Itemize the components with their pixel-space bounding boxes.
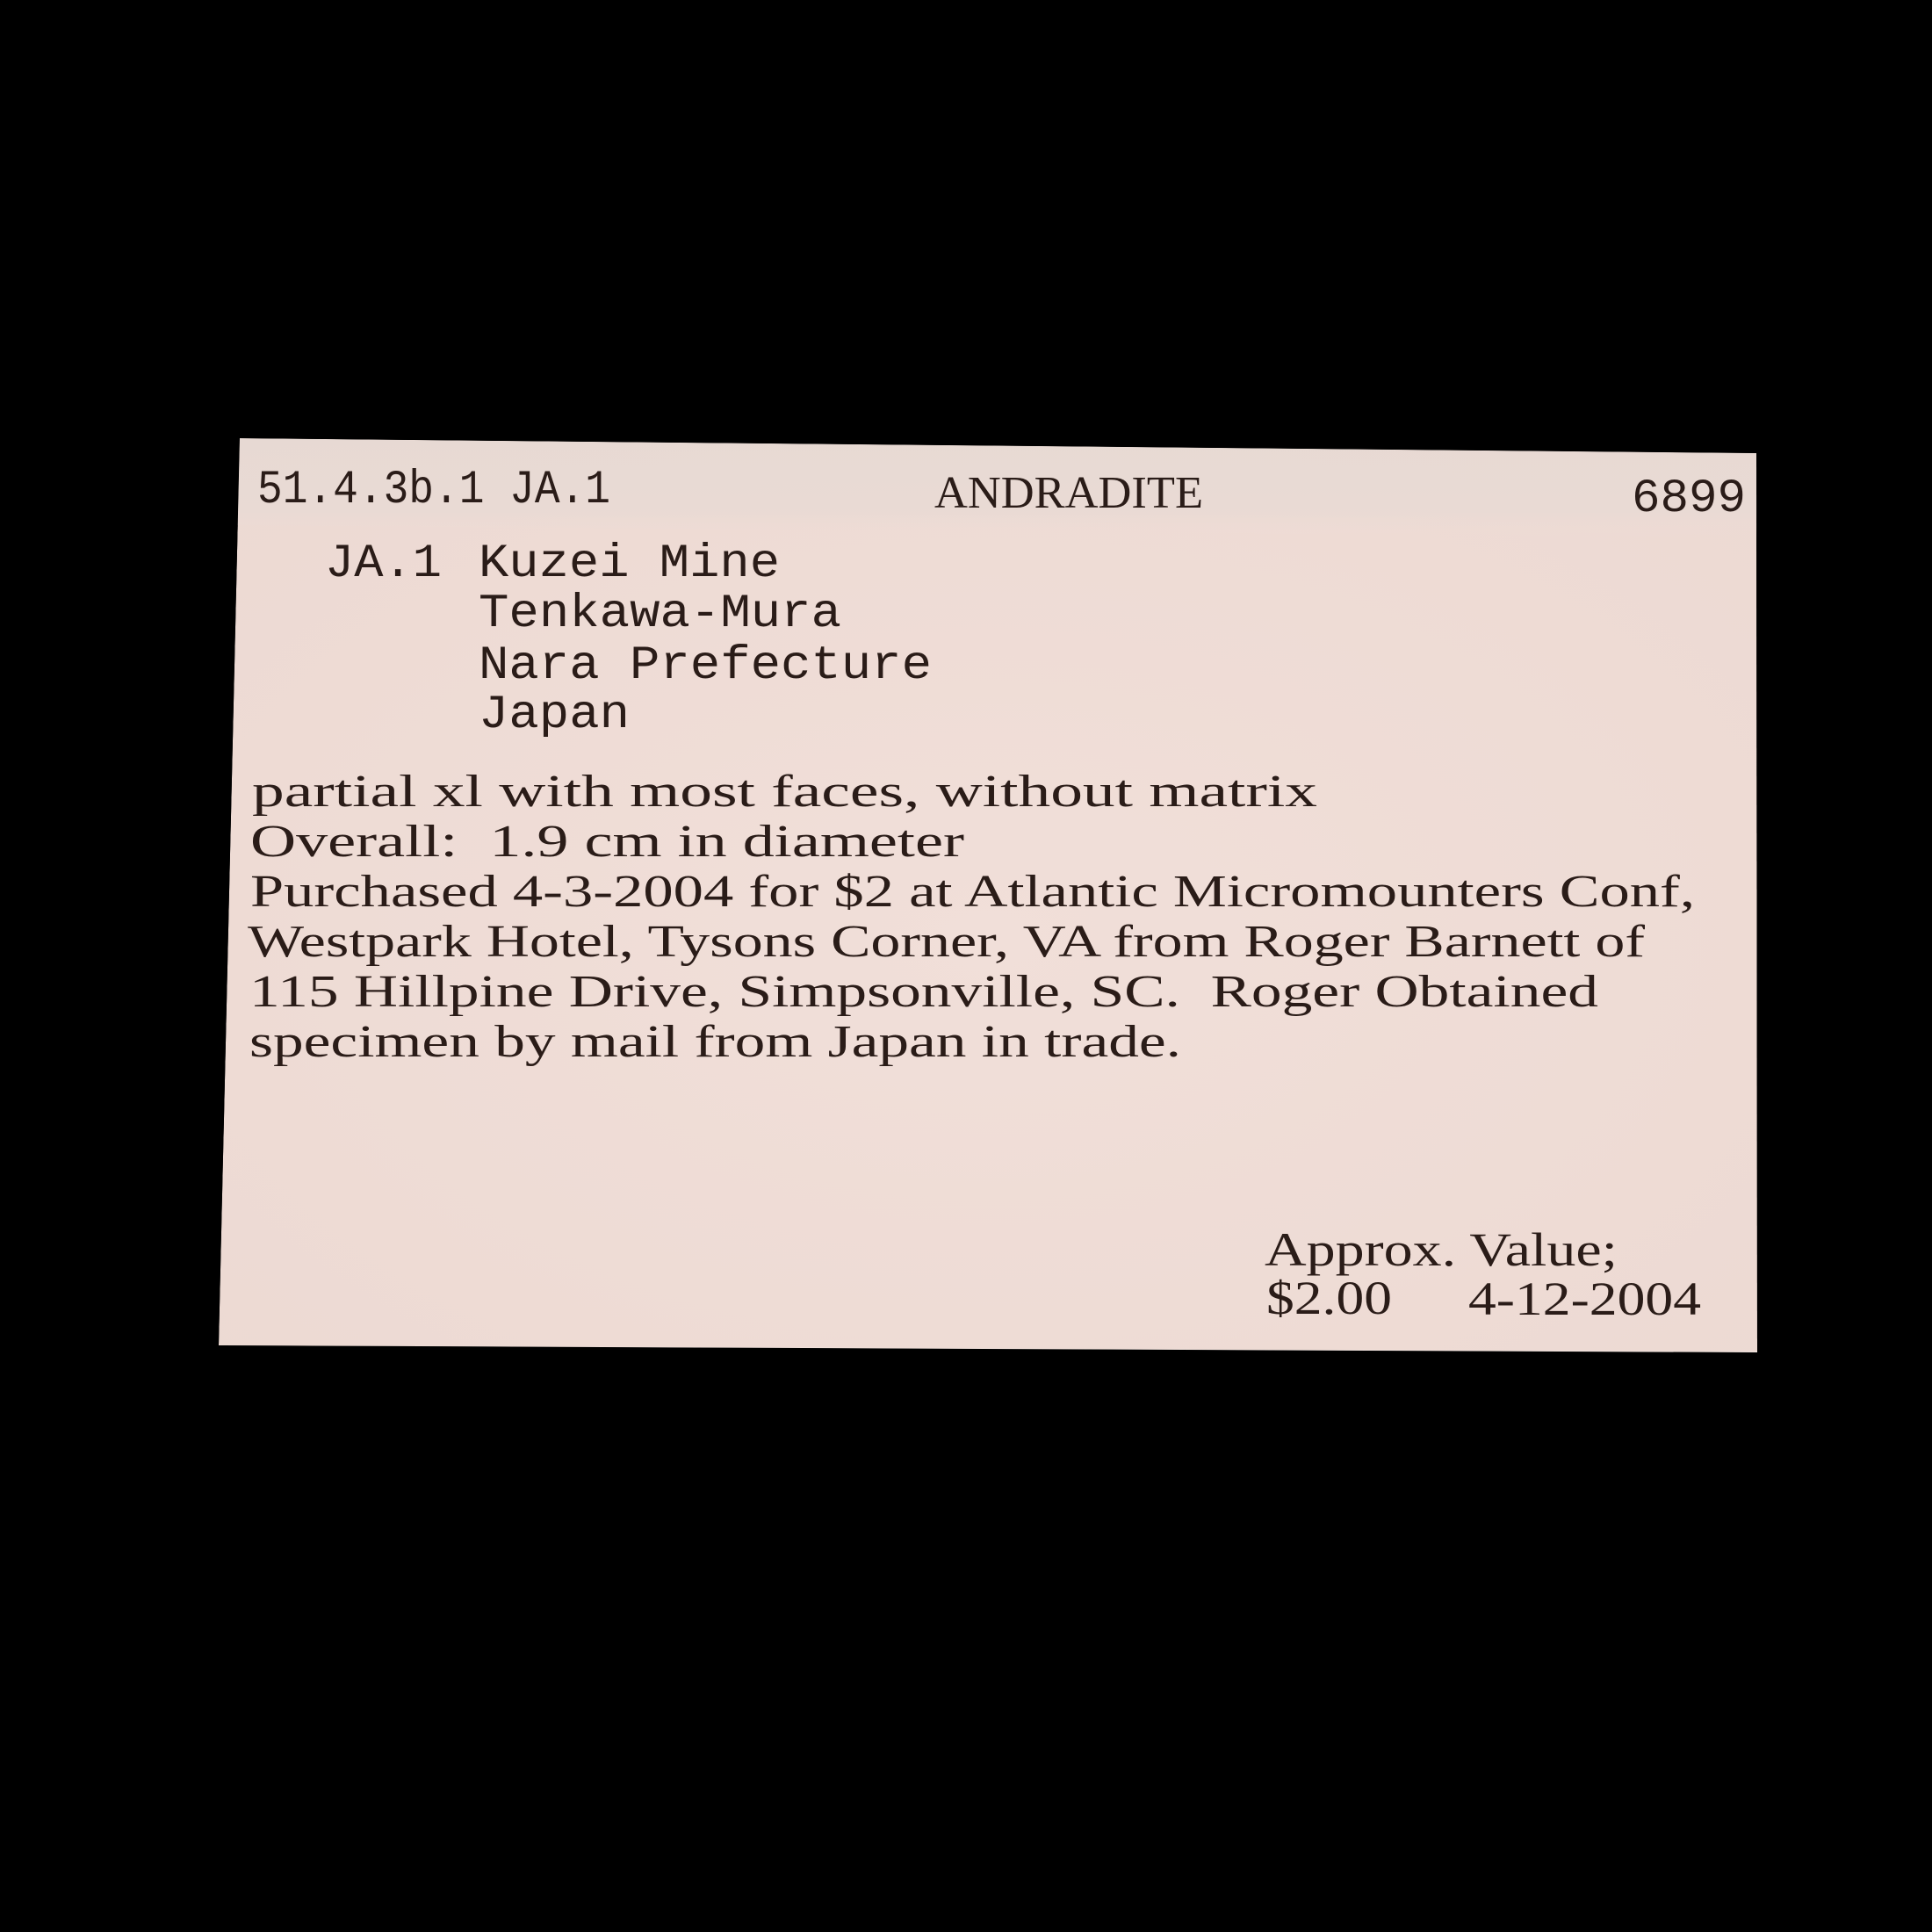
value-amount: $2.00 [1266, 1272, 1392, 1324]
locality-line: Nara Prefecture [479, 639, 932, 693]
locality-line: Japan [479, 688, 630, 742]
locality-line: Tenkawa-Mura [479, 588, 841, 641]
description-line: Purchased 4-3-2004 for $2 at Atlantic Mi… [250, 867, 1695, 917]
catalog-number: 6899 [1632, 472, 1746, 526]
locality-line: Kuzei Mine [479, 537, 780, 591]
locality-code: JA.1 [325, 537, 442, 591]
description-line: Overall: 1.9 cm in diameter [250, 817, 964, 867]
catalog-card-photo: 51.4.3b.1 JA.1 ANDRADITE 6899 JA.1 Kuzei… [0, 0, 1932, 1932]
value-label: Approx. Value; [1265, 1223, 1618, 1276]
mineral-name: ANDRADITE [934, 468, 1203, 518]
description-line: Westpark Hotel, Tysons Corner, VA from R… [248, 917, 1646, 967]
description-line: specimen by mail from Japan in trade. [249, 1017, 1181, 1067]
description-line: partial xl with most faces, without matr… [252, 767, 1317, 817]
description-line: 115 Hillpine Drive, Simpsonville, SC. Ro… [249, 967, 1598, 1017]
classification-code: 51.4.3b.1 JA.1 [257, 464, 610, 517]
value-date: 4-12-2004 [1468, 1272, 1701, 1325]
